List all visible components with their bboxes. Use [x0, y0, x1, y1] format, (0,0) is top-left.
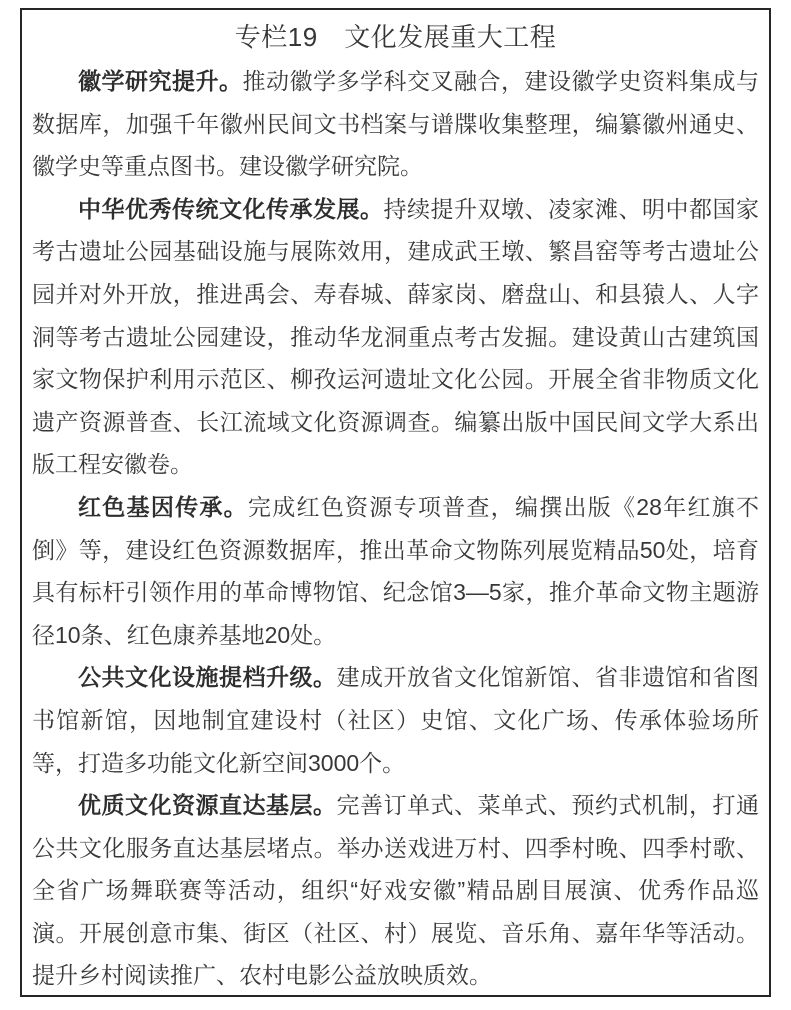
paragraph-lead: 中华优秀传统文化传承发展。 [78, 196, 384, 222]
paragraph-lead: 优质文化资源直达基层。 [78, 792, 337, 818]
paragraph-body: 持续提升双墩、凌家滩、明中都国家考古遗址公园基础设施与展陈效用，建成武王墩、繁昌… [32, 196, 759, 478]
paragraph-traditional-culture: 中华优秀传统文化传承发展。持续提升双墩、凌家滩、明中都国家考古遗址公园基础设施与… [32, 188, 759, 486]
paragraph-lead: 徽学研究提升。 [78, 68, 243, 94]
paragraph-red-gene-heritage: 红色基因传承。完成红色资源专项普查，编撰出版《28年红旗不倒》等，建设红色资源数… [32, 486, 759, 656]
paragraph-body: 完善订单式、菜单式、预约式机制，打通公共文化服务直达基层堵点。举办送戏进万村、四… [32, 792, 759, 988]
paragraph-lead: 红色基因传承。 [78, 494, 248, 520]
paragraph-huixue-research: 徽学研究提升。推动徽学多学科交叉融合，建设徽学史资料集成与数据库，加强千年徽州民… [32, 60, 759, 188]
paragraph-lead: 公共文化设施提档升级。 [78, 664, 337, 690]
panel-title: 专栏19 文化发展重大工程 [32, 14, 759, 60]
paragraph-quality-resources-grassroots: 优质文化资源直达基层。完善订单式、菜单式、预约式机制，打通公共文化服务直达基层堵… [32, 784, 759, 997]
paragraph-public-culture-facilities: 公共文化设施提档升级。建成开放省文化馆新馆、省非遗馆和省图书馆新馆，因地制宜建设… [32, 656, 759, 784]
feature-box-column-19: 专栏19 文化发展重大工程 徽学研究提升。推动徽学多学科交叉融合，建设徽学史资料… [20, 8, 771, 997]
